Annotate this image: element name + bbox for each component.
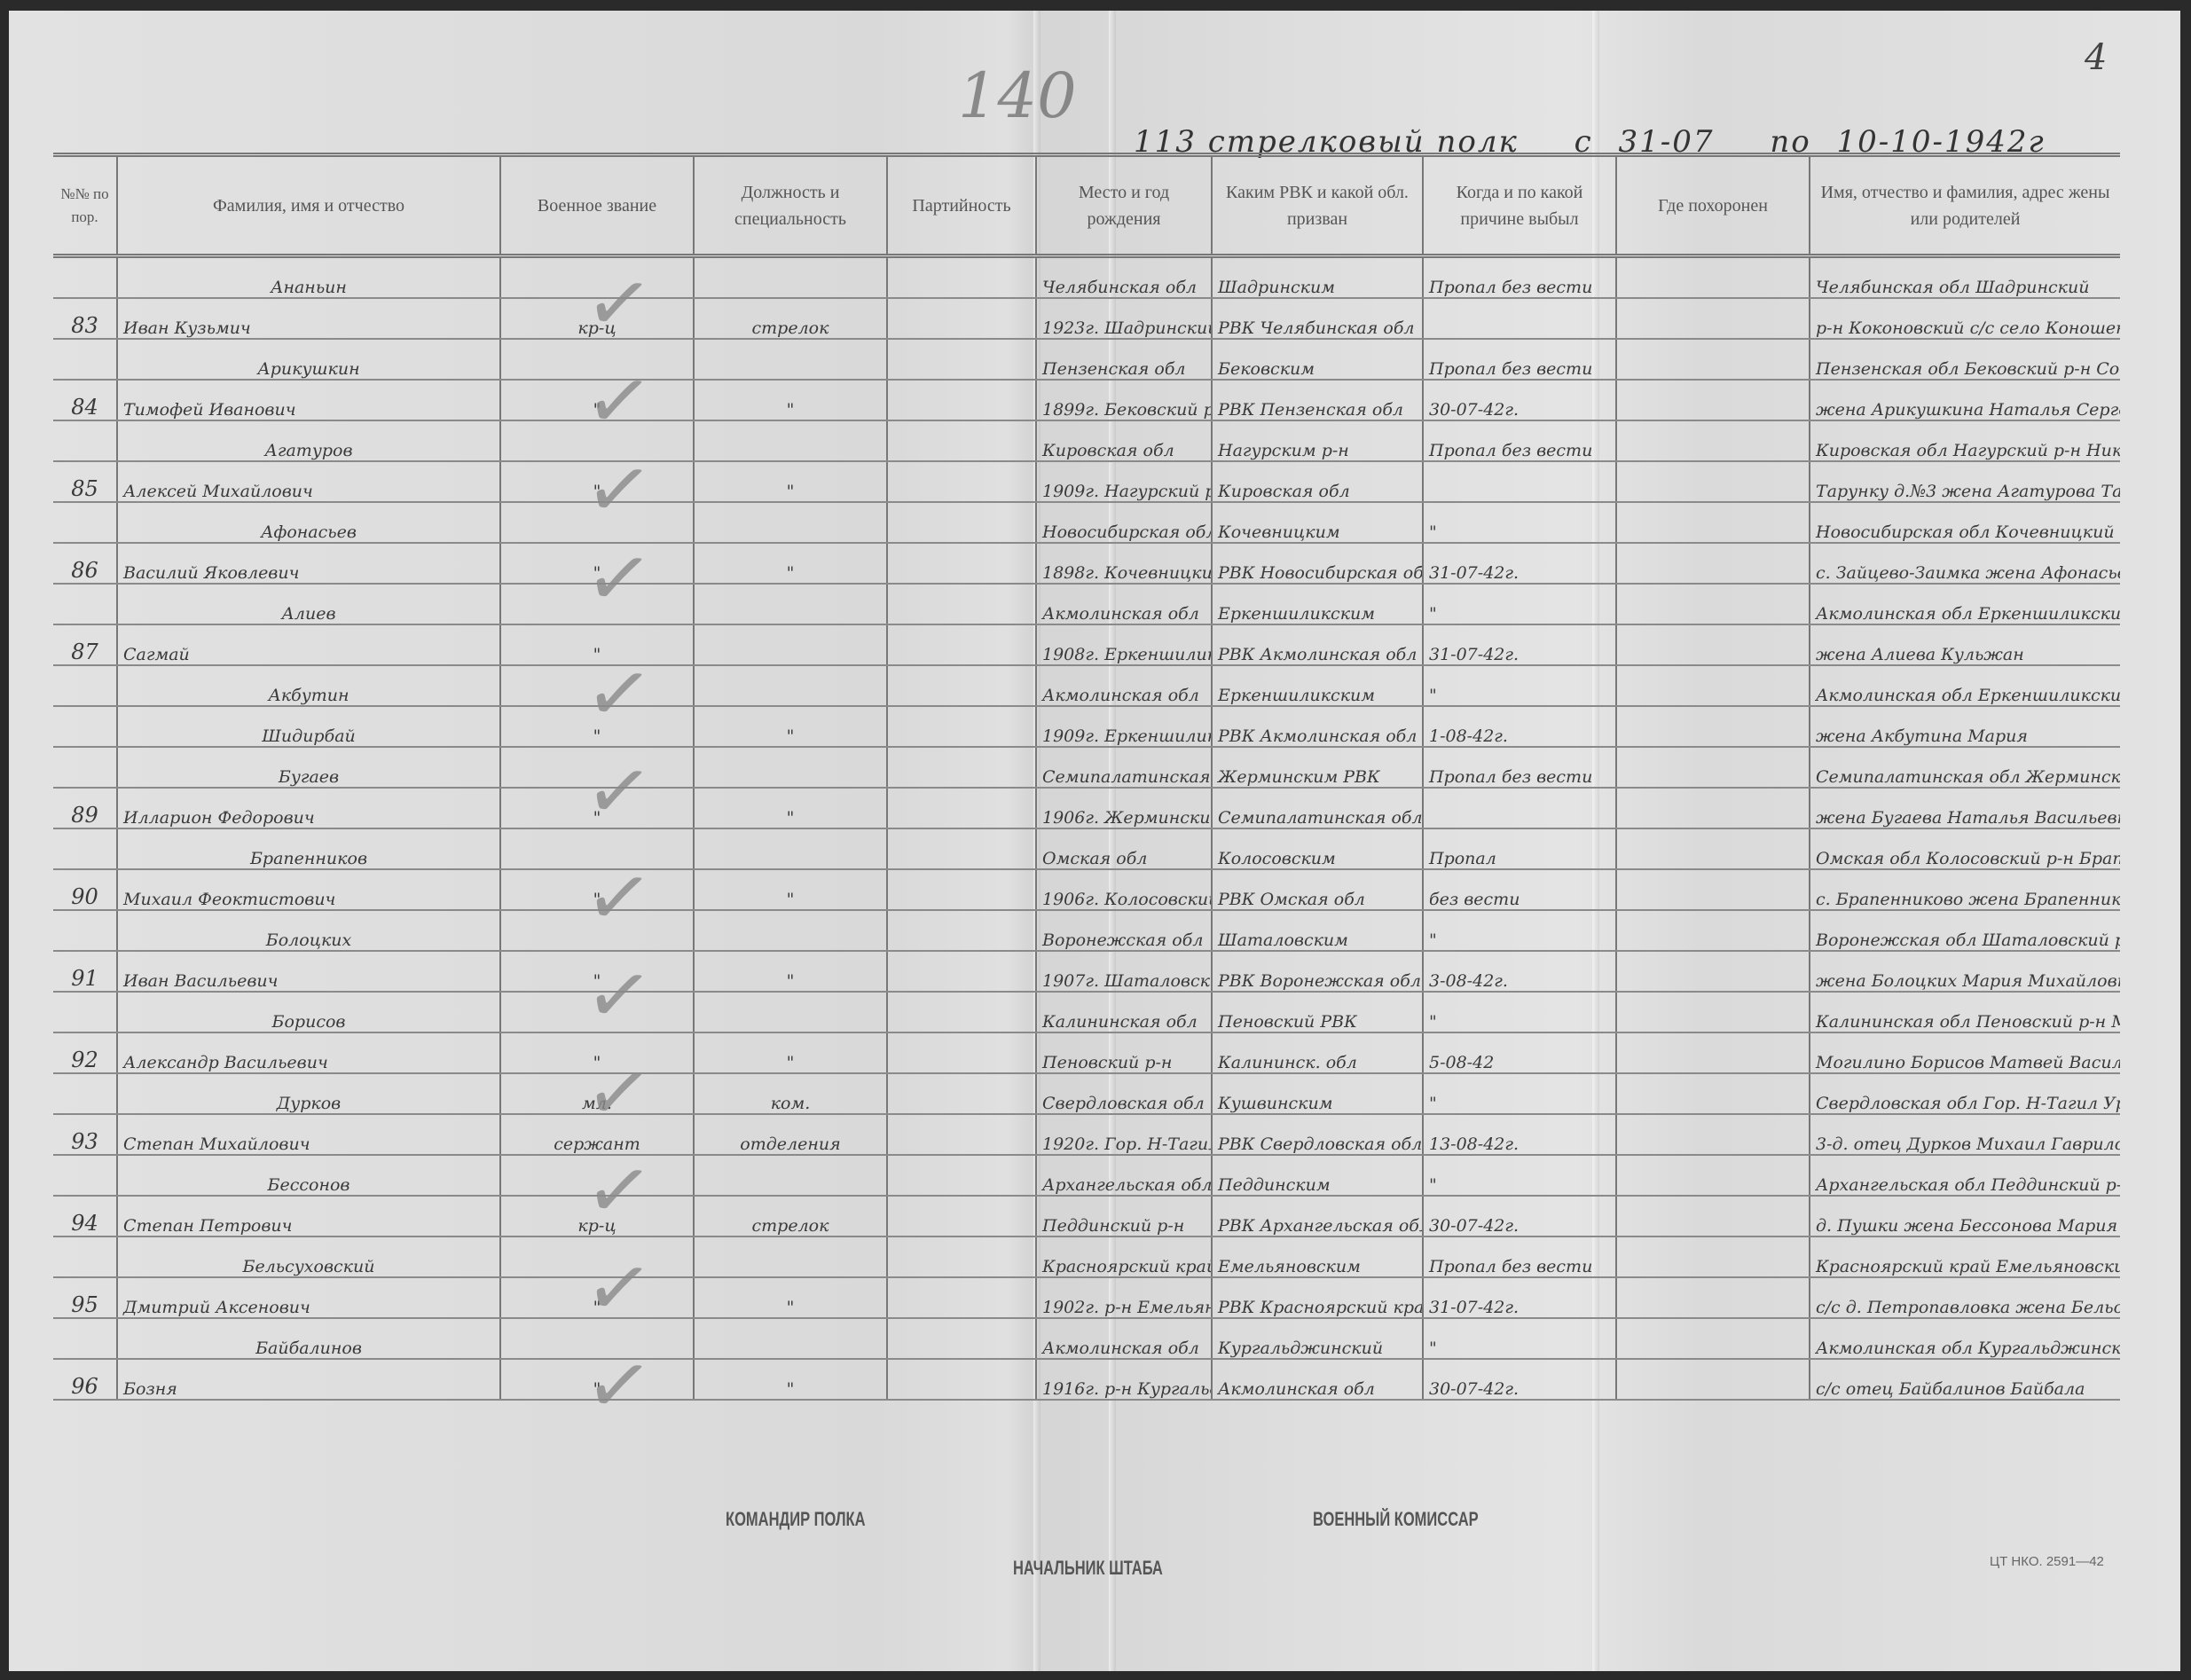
cell-conscription-office: Колосовским (1212, 828, 1423, 869)
cell-party (887, 706, 1036, 747)
cell-position: " (694, 1277, 887, 1318)
cell-party (887, 747, 1036, 788)
cell-burial-place (1616, 1196, 1810, 1236)
cell-full-name: Бозня (117, 1359, 500, 1400)
checkmark-icon: ✓ (579, 528, 658, 629)
column-header-position: Должность и специальность (694, 155, 887, 256)
table-row: АнаньинЧелябинская облШадринскимПропал б… (53, 256, 2120, 299)
cell-full-name: Байбалинов (117, 1318, 500, 1359)
cell-departure-reason: " (1423, 910, 1616, 951)
cell-birth-place-year: Семипалатинская обл (1036, 747, 1212, 788)
checkmark-icon: ✓ (579, 1335, 658, 1436)
cell-position (694, 339, 887, 380)
cell-departure-reason: " (1423, 502, 1616, 543)
cell-birth-place-year: 1916г. р-н Кургальджинский (1036, 1359, 1212, 1400)
cell-conscription-office: Шадринским (1212, 256, 1423, 299)
cell-row-number: 95 (53, 1277, 117, 1318)
cell-party (887, 828, 1036, 869)
table-row: БайбалиновАкмолинская облКургальджинский… (53, 1318, 2120, 1359)
cell-position: " (694, 1032, 887, 1073)
cell-burial-place (1616, 1277, 1810, 1318)
cell-row-number (53, 502, 117, 543)
cell-conscription-office: РВК Челябинская обл (1212, 298, 1423, 339)
table-row: 95Дмитрий Аксенович""1902г. р-н Емельяно… (53, 1277, 2120, 1318)
cell-party (887, 298, 1036, 339)
cell-burial-place (1616, 584, 1810, 624)
cell-birth-place-year: Воронежская обл (1036, 910, 1212, 951)
cell-next-of-kin: Архангельская обл Педдинский р-н Ульянов… (1810, 1155, 2120, 1196)
cell-position: " (694, 543, 887, 584)
cell-full-name: Шидирбай (117, 706, 500, 747)
cell-burial-place (1616, 665, 1810, 706)
table-row: АфонасьевНовосибирская облКочевницким"Но… (53, 502, 2120, 543)
checkmark-icon: ✓ (579, 1042, 658, 1143)
cell-row-number: 89 (53, 788, 117, 828)
table-row: 83Иван Кузьмичкр-цстрелок1923г. Шадринск… (53, 298, 2120, 339)
cell-conscription-office: Кировская обл (1212, 461, 1423, 502)
cell-full-name: Алексей Михайлович (117, 461, 500, 502)
cell-burial-place (1616, 1236, 1810, 1277)
cell-burial-place (1616, 1032, 1810, 1073)
cell-row-number (53, 706, 117, 747)
cell-row-number: 92 (53, 1032, 117, 1073)
cell-conscription-office: Педдинским (1212, 1155, 1423, 1196)
cell-party (887, 256, 1036, 299)
cell-departure-reason: " (1423, 665, 1616, 706)
column-header-left: Когда и по какой причине выбыл (1423, 155, 1616, 256)
cell-burial-place (1616, 502, 1810, 543)
table-header-row: №№ по пор. Фамилия, имя и отчество Военн… (53, 155, 2120, 256)
cell-position: " (694, 461, 887, 502)
cell-conscription-office: Нагурским р-н (1212, 420, 1423, 461)
cell-position: стрелок (694, 1196, 887, 1236)
cell-birth-place-year: Акмолинская обл (1036, 1318, 1212, 1359)
cell-full-name: Бельсуховский (117, 1236, 500, 1277)
cell-party (887, 1155, 1036, 1196)
cell-departure-reason: " (1423, 1318, 1616, 1359)
cell-full-name: Акбутин (117, 665, 500, 706)
cell-party (887, 339, 1036, 380)
cell-next-of-kin: Воронежская обл Шаталовский р-н Горожанс… (1810, 910, 2120, 951)
cell-full-name: Арикушкин (117, 339, 500, 380)
cell-burial-place (1616, 543, 1810, 584)
table-row: 92Александр Васильевич""Пеновский р-нКал… (53, 1032, 2120, 1073)
cell-departure-reason: Пропал без вести (1423, 339, 1616, 380)
checkmark-icon: ✓ (579, 847, 658, 948)
table-row: БолоцкихВоронежская облШаталовским"Ворон… (53, 910, 2120, 951)
cell-full-name: Михаил Феоктистович (117, 869, 500, 910)
cell-party (887, 910, 1036, 951)
cell-departure-reason: 13-08-42г. (1423, 1114, 1616, 1155)
cell-row-number (53, 665, 117, 706)
cell-row-number (53, 1073, 117, 1114)
cell-next-of-kin: жена Алиева Кульжан (1810, 624, 2120, 665)
cell-birth-place-year: 1909г. Еркеншиликский р-н (1036, 706, 1212, 747)
cell-birth-place-year: Омская обл (1036, 828, 1212, 869)
cell-next-of-kin: Новосибирская обл Кочевницкий р-н Кочевн… (1810, 502, 2120, 543)
cell-position: " (694, 1359, 887, 1400)
cell-row-number: 86 (53, 543, 117, 584)
cell-conscription-office: Еркеншиликским (1212, 584, 1423, 624)
cell-departure-reason: Пропал без вести (1423, 1236, 1616, 1277)
cell-next-of-kin: с/с отец Байбалинов Байбала (1810, 1359, 2120, 1400)
cell-party (887, 380, 1036, 420)
cell-birth-place-year: 1906г. Колосовский р-н (1036, 869, 1212, 910)
column-header-rvk: Каким РВК и какой обл. призван (1212, 155, 1423, 256)
cell-full-name: Алиев (117, 584, 500, 624)
cell-burial-place (1616, 951, 1810, 992)
cell-party (887, 788, 1036, 828)
cell-row-number: 94 (53, 1196, 117, 1236)
cell-burial-place (1616, 788, 1810, 828)
cell-conscription-office: Пеновский РВК (1212, 992, 1423, 1032)
cell-burial-place (1616, 706, 1810, 747)
cell-full-name: Болоцких (117, 910, 500, 951)
table-row: АгатуровКировская облНагурским р-нПропал… (53, 420, 2120, 461)
checkmark-icon: ✓ (579, 643, 658, 744)
cell-full-name: Агатуров (117, 420, 500, 461)
cell-next-of-kin: жена Бугаева Наталья Васильевна (1810, 788, 2120, 828)
cell-burial-place (1616, 339, 1810, 380)
column-header-birth: Место и год рождения (1036, 155, 1212, 256)
cell-conscription-office: РВК Воронежская обл (1212, 951, 1423, 992)
cell-party (887, 1277, 1036, 1318)
cell-next-of-kin: Тарунку д.№3 жена Агатурова Татьяна Иван… (1810, 461, 2120, 502)
signature-label-commissar: ВОЕННЫЙ КОМИССАР (1313, 1508, 1479, 1531)
signature-label-commander: КОМАНДИР ПОЛКА (726, 1508, 866, 1531)
cell-party (887, 869, 1036, 910)
cell-departure-reason: Пропал (1423, 828, 1616, 869)
column-header-rank: Военное звание (500, 155, 694, 256)
table-row: 89Илларион Федорович""1906г. Жерминский … (53, 788, 2120, 828)
column-header-party: Партийность (887, 155, 1036, 256)
cell-departure-reason: " (1423, 584, 1616, 624)
cell-position: " (694, 869, 887, 910)
cell-next-of-kin: Калининская обл Пеновский р-н Могилински… (1810, 992, 2120, 1032)
cell-conscription-office: РВК Новосибирская обл (1212, 543, 1423, 584)
cell-departure-reason (1423, 788, 1616, 828)
cell-row-number (53, 1236, 117, 1277)
cell-position (694, 828, 887, 869)
cell-party (887, 461, 1036, 502)
cell-position (694, 1236, 887, 1277)
cell-departure-reason: 1-08-42г. (1423, 706, 1616, 747)
cell-birth-place-year: Акмолинская обл (1036, 584, 1212, 624)
table-row: БорисовКалининская облПеновский РВК"Кали… (53, 992, 2120, 1032)
cell-full-name: Сагмай (117, 624, 500, 665)
cell-departure-reason: 3-08-42г. (1423, 951, 1616, 992)
cell-position (694, 420, 887, 461)
cell-next-of-kin: Могилино Борисов Матвей Васильевич (1810, 1032, 2120, 1073)
column-header-buried: Где похоронен (1616, 155, 1810, 256)
cell-conscription-office: Жерминским РВК (1212, 747, 1423, 788)
cell-full-name: Борисов (117, 992, 500, 1032)
table-row: АрикушкинПензенская облБековскимПропал б… (53, 339, 2120, 380)
cell-conscription-office: Еркеншиликским (1212, 665, 1423, 706)
cell-full-name: Ананьин (117, 256, 500, 299)
cell-next-of-kin: жена Арикушкина Наталья Сергеевна (1810, 380, 2120, 420)
cell-full-name: Степан Михайлович (117, 1114, 500, 1155)
cell-birth-place-year: Акмолинская обл (1036, 665, 1212, 706)
cell-full-name: Бессонов (117, 1155, 500, 1196)
cell-row-number (53, 1318, 117, 1359)
cell-position: ком. (694, 1073, 887, 1114)
cell-departure-reason: " (1423, 1155, 1616, 1196)
cell-birth-place-year: Калининская обл (1036, 992, 1212, 1032)
cell-departure-reason: 31-07-42г. (1423, 624, 1616, 665)
archive-mark: 140 (958, 59, 1077, 132)
cell-position: " (694, 380, 887, 420)
table-row: 96Бозня""1916г. р-н КургальджинскийАкмол… (53, 1359, 2120, 1400)
cell-birth-place-year: Челябинская обл (1036, 256, 1212, 299)
checkmark-icon: ✓ (579, 1140, 658, 1241)
cell-birth-place-year: 1908г. Еркеншиликский р-н (1036, 624, 1212, 665)
table-row: БельсуховскийКрасноярский крайЕмельяновс… (53, 1236, 2120, 1277)
cell-departure-reason: без вести (1423, 869, 1616, 910)
cell-departure-reason (1423, 298, 1616, 339)
cell-birth-place-year: 1920г. Гор. Н-Тагил (1036, 1114, 1212, 1155)
cell-departure-reason: Пропал без вести (1423, 747, 1616, 788)
cell-position (694, 584, 887, 624)
cell-departure-reason: 30-07-42г. (1423, 1359, 1616, 1400)
cell-party (887, 1359, 1036, 1400)
checkmark-icon: ✓ (579, 741, 658, 842)
table-row: БугаевСемипалатинская облЖерминским РВКП… (53, 747, 2120, 788)
cell-full-name: Степан Петрович (117, 1196, 500, 1236)
cell-row-number (53, 339, 117, 380)
cell-burial-place (1616, 298, 1810, 339)
cell-full-name: Иван Васильевич (117, 951, 500, 992)
cell-row-number: 90 (53, 869, 117, 910)
cell-birth-place-year: Педдинский р-н (1036, 1196, 1212, 1236)
cell-departure-reason: 30-07-42г. (1423, 380, 1616, 420)
cell-conscription-office: Бековским (1212, 339, 1423, 380)
cell-next-of-kin: с. Зайцево-Заимка жена Афонасьева Анна И… (1810, 543, 2120, 584)
cell-party (887, 992, 1036, 1032)
cell-burial-place (1616, 1114, 1810, 1155)
cell-conscription-office: Кочевницким (1212, 502, 1423, 543)
checkmark-icon: ✓ (579, 1237, 658, 1339)
cell-full-name: Александр Васильевич (117, 1032, 500, 1073)
cell-conscription-office: РВК Свердловская обл (1212, 1114, 1423, 1155)
cell-row-number: 93 (53, 1114, 117, 1155)
cell-birth-place-year: Пензенская обл (1036, 339, 1212, 380)
cell-conscription-office: Шаталовским (1212, 910, 1423, 951)
cell-burial-place (1616, 1073, 1810, 1114)
cell-position: " (694, 788, 887, 828)
table-row: АлиевАкмолинская облЕркеншиликским"Акмол… (53, 584, 2120, 624)
cell-conscription-office: РВК Красноярский край (1212, 1277, 1423, 1318)
cell-conscription-office: РВК Омская обл (1212, 869, 1423, 910)
table-row: Дурковмл.ком.Свердловская облКушвинским"… (53, 1073, 2120, 1114)
cell-burial-place (1616, 380, 1810, 420)
cell-row-number: 96 (53, 1359, 117, 1400)
cell-row-number: 83 (53, 298, 117, 339)
cell-departure-reason: " (1423, 1073, 1616, 1114)
cell-conscription-office: Кушвинским (1212, 1073, 1423, 1114)
cell-conscription-office: РВК Акмолинская обл (1212, 706, 1423, 747)
column-header-kin: Имя, отчество и фамилия, адрес жены или … (1810, 155, 2120, 256)
cell-next-of-kin: Акмолинская обл Еркеншиликский р-н с. Жа… (1810, 665, 2120, 706)
cell-party (887, 624, 1036, 665)
page-number: 4 (2085, 37, 2107, 78)
checkmark-icon: ✓ (579, 439, 658, 540)
cell-position: " (694, 706, 887, 747)
cell-next-of-kin: Челябинская обл Шадринский (1810, 256, 2120, 299)
cell-burial-place (1616, 1318, 1810, 1359)
cell-departure-reason (1423, 461, 1616, 502)
cell-next-of-kin: Свердловская обл Гор. Н-Тагил Уралстрой … (1810, 1073, 2120, 1114)
cell-party (887, 502, 1036, 543)
cell-row-number (53, 747, 117, 788)
cell-birth-place-year: Новосибирская обл (1036, 502, 1212, 543)
cell-burial-place (1616, 420, 1810, 461)
cell-position (694, 1318, 887, 1359)
cell-full-name: Иван Кузьмич (117, 298, 500, 339)
cell-next-of-kin: Красноярский край Емельяновский р-н Миха… (1810, 1236, 2120, 1277)
cell-full-name: Бугаев (117, 747, 500, 788)
cell-position: " (694, 951, 887, 992)
cell-birth-place-year: Архангельская обл (1036, 1155, 1212, 1196)
cell-position (694, 665, 887, 706)
cell-party (887, 1032, 1036, 1073)
cell-burial-place (1616, 624, 1810, 665)
cell-burial-place (1616, 910, 1810, 951)
table-row: 93Степан Михайловичсержантотделения1920г… (53, 1114, 2120, 1155)
cell-position: отделения (694, 1114, 887, 1155)
table-row: 94Степан Петровичкр-цстрелокПеддинский р… (53, 1196, 2120, 1236)
cell-row-number: 87 (53, 624, 117, 665)
cell-full-name: Тимофей Иванович (117, 380, 500, 420)
cell-next-of-kin: р-н Коконовский с/с село Коношено Фадей … (1810, 298, 2120, 339)
cell-conscription-office: РВК Пензенская обл (1212, 380, 1423, 420)
cell-next-of-kin: жена Акбутина Мария (1810, 706, 2120, 747)
cell-party (887, 951, 1036, 992)
cell-burial-place (1616, 1155, 1810, 1196)
cell-next-of-kin: Кировская обл Нагурский р-н Николаевский… (1810, 420, 2120, 461)
cell-party (887, 1114, 1036, 1155)
cell-departure-reason: Пропал без вести (1423, 256, 1616, 299)
cell-full-name: Дурков (117, 1073, 500, 1114)
cell-burial-place (1616, 461, 1810, 502)
cell-position (694, 747, 887, 788)
cell-position (694, 910, 887, 951)
cell-position (694, 1155, 887, 1196)
cell-burial-place (1616, 828, 1810, 869)
cell-party (887, 1196, 1036, 1236)
cell-conscription-office: РВК Акмолинская обл (1212, 624, 1423, 665)
table-row: БессоновАрхангельская облПеддинским"Арха… (53, 1155, 2120, 1196)
cell-birth-place-year: 1907г. Шаталовский р-н (1036, 951, 1212, 992)
table-row: АкбутинАкмолинская облЕркеншиликским"Акм… (53, 665, 2120, 706)
cell-birth-place-year: Кировская обл (1036, 420, 1212, 461)
cell-position (694, 256, 887, 299)
casualty-register-table: №№ по пор. Фамилия, имя и отчество Военн… (53, 153, 2120, 1401)
cell-conscription-office: Акмолинская обл (1212, 1359, 1423, 1400)
cell-row-number (53, 584, 117, 624)
cell-position (694, 624, 887, 665)
cell-burial-place (1616, 869, 1810, 910)
column-header-number: №№ по пор. (53, 155, 117, 256)
cell-burial-place (1616, 992, 1810, 1032)
cell-next-of-kin: д. Пушки жена Бессонова Мария Прокофьевн… (1810, 1196, 2120, 1236)
cell-next-of-kin: Пензенская обл Бековский р-н Сосновский … (1810, 339, 2120, 380)
cell-full-name: Илларион Федорович (117, 788, 500, 828)
cell-row-number: 85 (53, 461, 117, 502)
cell-position: стрелок (694, 298, 887, 339)
cell-departure-reason: 5-08-42 (1423, 1032, 1616, 1073)
cell-party (887, 1236, 1036, 1277)
cell-next-of-kin: Акмолинская обл Кургальджинский р-н Кум-… (1810, 1318, 2120, 1359)
cell-party (887, 665, 1036, 706)
cell-birth-place-year: 1898г. Кочевницкий р-н (1036, 543, 1212, 584)
cell-birth-place-year: Свердловская обл (1036, 1073, 1212, 1114)
cell-departure-reason: 31-07-42г. (1423, 543, 1616, 584)
cell-party (887, 1318, 1036, 1359)
cell-row-number (53, 828, 117, 869)
cell-departure-reason: Пропал без вести (1423, 420, 1616, 461)
table-row: 86Василий Яковлевич""1898г. Кочевницкий … (53, 543, 2120, 584)
cell-party (887, 420, 1036, 461)
checkmark-icon: ✓ (579, 253, 658, 354)
table-row: 91Иван Васильевич""1907г. Шаталовский р-… (53, 951, 2120, 992)
cell-row-number (53, 256, 117, 299)
cell-party (887, 584, 1036, 624)
cell-next-of-kin: Акмолинская обл Еркеншиликский р-н с. Ту… (1810, 584, 2120, 624)
cell-full-name: Дмитрий Аксенович (117, 1277, 500, 1318)
cell-departure-reason: 31-07-42г. (1423, 1277, 1616, 1318)
cell-next-of-kin: с. Брапенниково жена Брапенникова Дарья … (1810, 869, 2120, 910)
table-row: Шидирбай""1909г. Еркеншиликский р-нРВК А… (53, 706, 2120, 747)
cell-row-number (53, 910, 117, 951)
cell-burial-place (1616, 1359, 1810, 1400)
cell-birth-place-year: 1899г. Бековский р-н (1036, 380, 1212, 420)
table-row: БрапенниковОмская облКолосовскимПропалОм… (53, 828, 2120, 869)
cell-conscription-office: Семипалатинская обл (1212, 788, 1423, 828)
cell-next-of-kin: Омская обл Колосовский р-н Брапенниковск… (1810, 828, 2120, 869)
cell-party (887, 1073, 1036, 1114)
cell-conscription-office: Емельяновским (1212, 1236, 1423, 1277)
cell-departure-reason: 30-07-42г. (1423, 1196, 1616, 1236)
cell-conscription-office: Калининск. обл (1212, 1032, 1423, 1073)
cell-party (887, 543, 1036, 584)
cell-row-number: 84 (53, 380, 117, 420)
cell-birth-place-year: 1923г. Шадринский р-н (1036, 298, 1212, 339)
cell-row-number (53, 992, 117, 1032)
cell-birth-place-year: Красноярский край (1036, 1236, 1212, 1277)
cell-birth-place-year: 1902г. р-н Емельяновский (1036, 1277, 1212, 1318)
cell-row-number (53, 420, 117, 461)
checkmark-icon: ✓ (579, 350, 658, 451)
cell-departure-reason: " (1423, 992, 1616, 1032)
cell-birth-place-year: 1906г. Жерминский р-н (1036, 788, 1212, 828)
cell-position (694, 502, 887, 543)
cell-full-name: Василий Яковлевич (117, 543, 500, 584)
cell-row-number: 91 (53, 951, 117, 992)
cell-position (694, 992, 887, 1032)
cell-full-name: Брапенников (117, 828, 500, 869)
cell-birth-place-year: Пеновский р-н (1036, 1032, 1212, 1073)
table-row: 85Алексей Михайлович""1909г. Нагурский р… (53, 461, 2120, 502)
cell-full-name: Афонасьев (117, 502, 500, 543)
column-header-full-name: Фамилия, имя и отчество (117, 155, 500, 256)
cell-next-of-kin: с/с д. Петропавловка жена Бельсуховская … (1810, 1277, 2120, 1318)
cell-row-number (53, 1155, 117, 1196)
cell-burial-place (1616, 256, 1810, 299)
table-row: 87Сагмай"1908г. Еркеншиликский р-нРВК Ак… (53, 624, 2120, 665)
print-code: ЦТ НКО. 2591—42 (1990, 1554, 2104, 1569)
cell-birth-place-year: 1909г. Нагурский р-н (1036, 461, 1212, 502)
